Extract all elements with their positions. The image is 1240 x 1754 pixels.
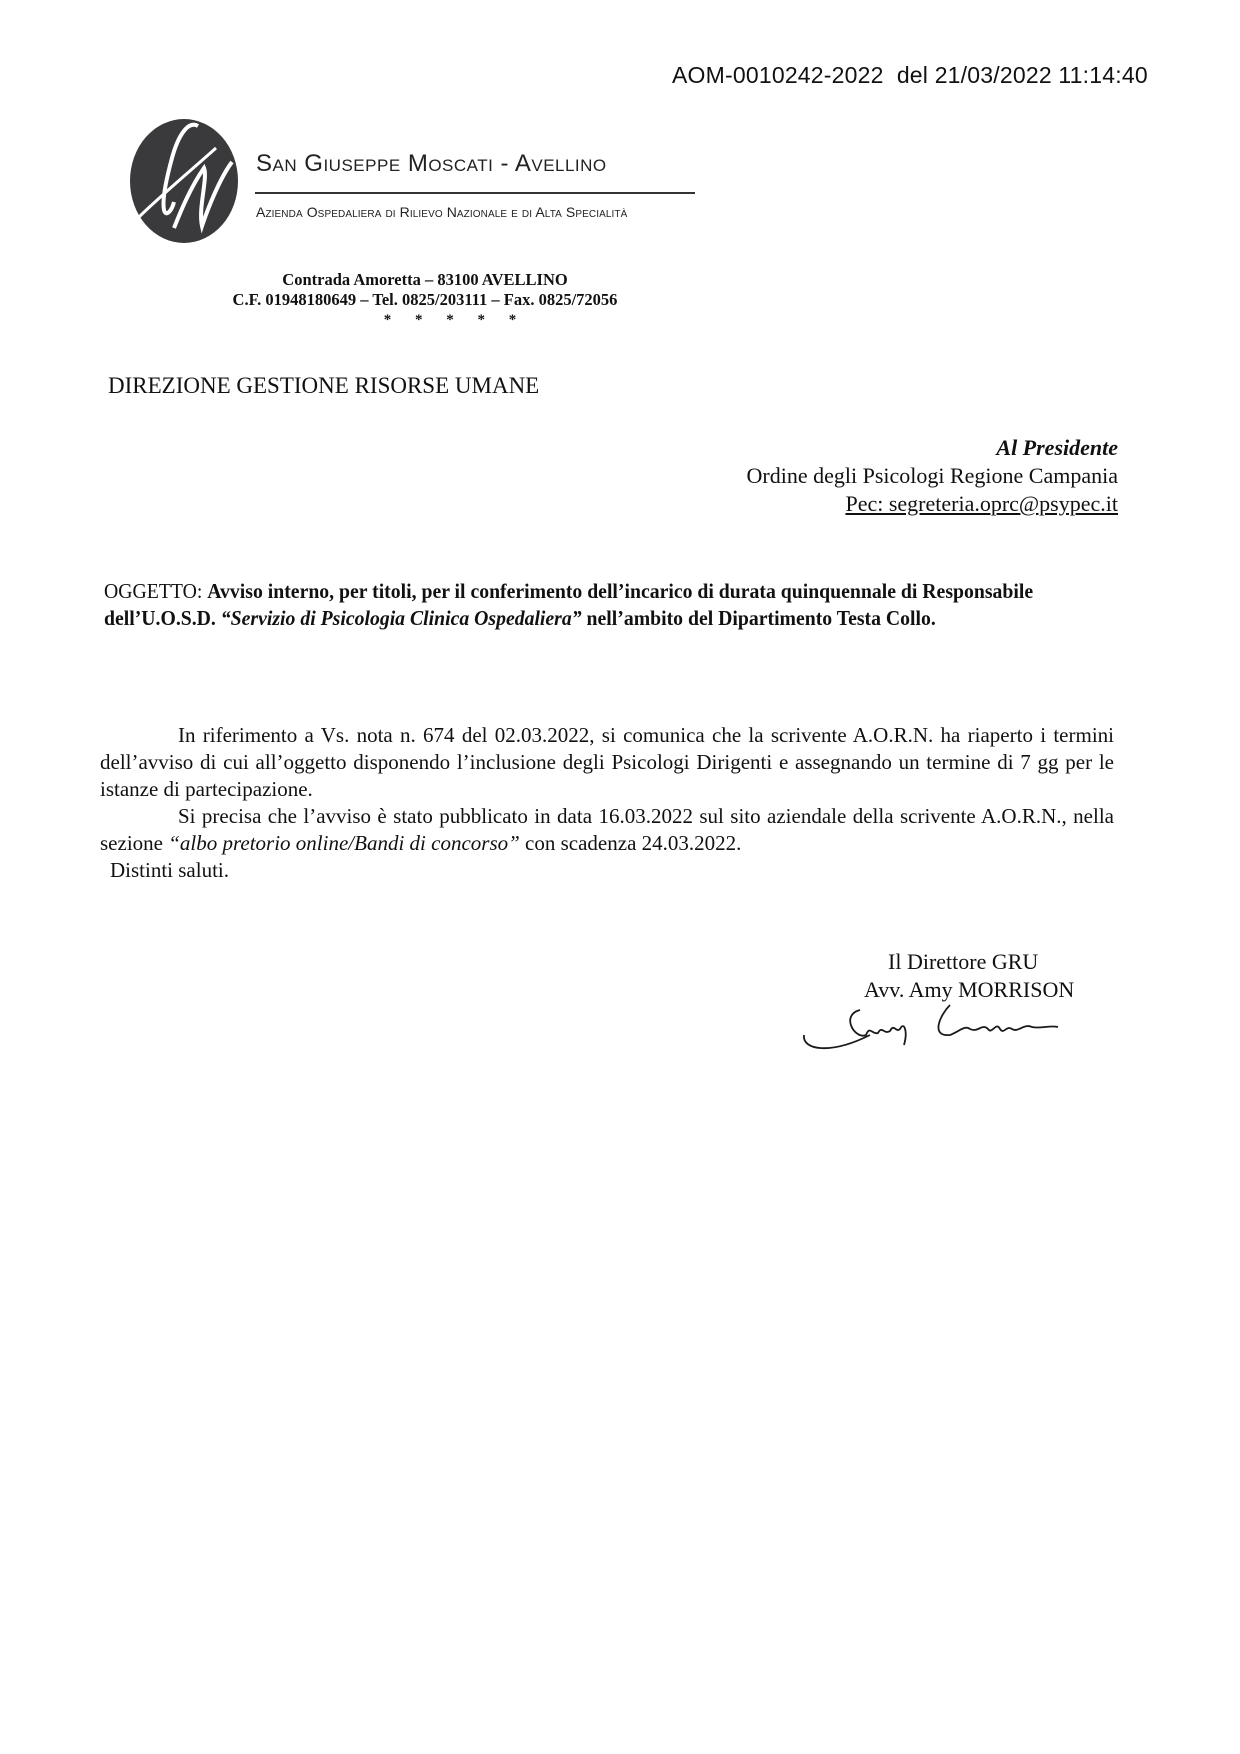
subject-service-name: “Servizio di Psicologia Clinica Ospedali…: [221, 606, 582, 630]
section-name: “albo pretorio online/Bandi di concorso”: [168, 831, 520, 855]
subject-text-end: nell’ambito del Dipartimento Testa Collo…: [587, 606, 936, 630]
address-line: Contrada Amoretta – 83100 AVELLINO: [190, 270, 660, 290]
organization-subtitle: Azienda Ospedaliera di Rilievo Nazionale…: [256, 204, 627, 220]
address-block: Contrada Amoretta – 83100 AVELLINO C.F. …: [190, 270, 660, 330]
recipient-title: Al Presidente: [747, 434, 1119, 462]
organization-name: San Giuseppe Moscati - Avellino: [256, 150, 607, 178]
recipient-pec-link[interactable]: Pec: segreteria.oprc@psypec.it: [747, 490, 1119, 518]
separator-stars: * * * * *: [250, 310, 660, 330]
closing-salutation: Distinti saluti.: [100, 857, 1114, 884]
subject-block: OGGETTO: Avviso interno, per titoli, per…: [104, 578, 1044, 632]
protocol-number: AOM-0010242-2022: [672, 62, 884, 88]
paragraph-publication: Si precisa che l’avviso è stato pubblica…: [100, 803, 1114, 857]
header-divider: [255, 192, 695, 194]
paragraph-reference: In riferimento a Vs. nota n. 674 del 02.…: [100, 722, 1114, 803]
letter-body: In riferimento a Vs. nota n. 674 del 02.…: [100, 722, 1114, 884]
recipient-block: Al Presidente Ordine degli Psicologi Reg…: [747, 434, 1119, 518]
recipient-organization: Ordine degli Psicologi Regione Campania: [747, 462, 1119, 490]
hospital-logo-icon: [128, 118, 240, 244]
protocol-stamp: AOM-0010242-2022 del 21/03/2022 11:14:40: [672, 62, 1148, 89]
department-heading: DIREZIONE GESTIONE RISORSE UMANE: [108, 373, 539, 399]
handwritten-signature-icon: [800, 995, 1080, 1065]
paragraph-text-end: con scadenza 24.03.2022.: [525, 831, 741, 855]
protocol-date: del 21/03/2022 11:14:40: [897, 62, 1148, 88]
contact-line: C.F. 01948180649 – Tel. 0825/203111 – Fa…: [190, 290, 660, 310]
subject-label: OGGETTO:: [104, 579, 202, 603]
signatory-role: Il Direttore GRU: [880, 948, 1074, 976]
